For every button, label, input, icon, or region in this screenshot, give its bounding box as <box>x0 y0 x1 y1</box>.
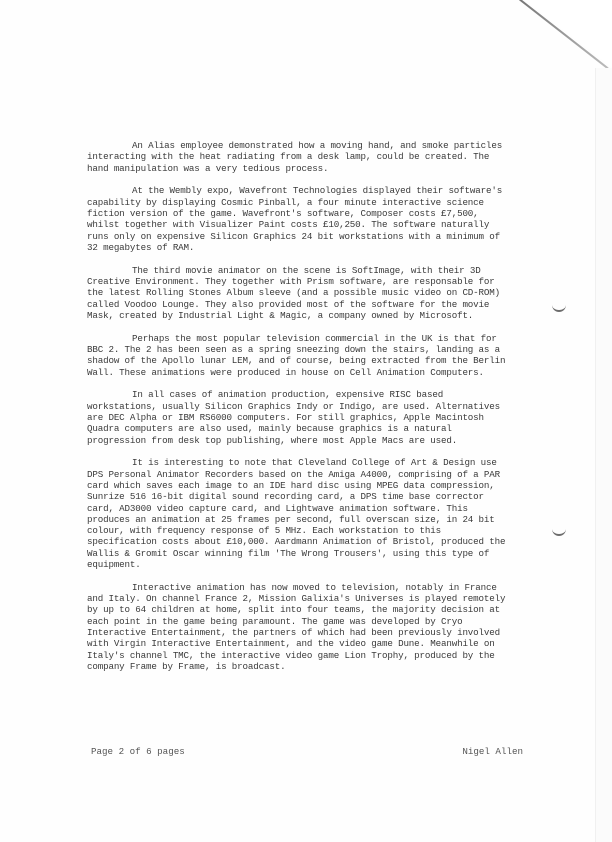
page-footer: Page 2 of 6 pages Nigel Allen <box>91 746 523 757</box>
paragraph-risc-workstations: In all cases of animation production, ex… <box>87 389 507 445</box>
paragraph-alias: An Alias employee demonstrated how a mov… <box>87 140 507 174</box>
document-page: An Alias employee demonstrated how a mov… <box>0 0 612 842</box>
paragraph-interactive-tv: Interactive animation has now moved to t… <box>87 582 507 672</box>
folded-corner <box>524 0 612 68</box>
punch-hole-icon <box>552 524 566 536</box>
paragraph-wavefront: At the Wembly expo, Wavefront Technologi… <box>87 185 507 253</box>
paragraph-bbc2: Perhaps the most popular television comm… <box>87 333 507 378</box>
paragraph-softimage: The third movie animator on the scene is… <box>87 265 507 321</box>
document-body: An Alias employee demonstrated how a mov… <box>87 140 507 684</box>
page-number: Page 2 of 6 pages <box>91 746 185 757</box>
author-name: Nigel Allen <box>462 746 523 757</box>
paragraph-cleveland-college: It is interesting to note that Cleveland… <box>87 457 507 570</box>
page-right-edge <box>595 68 612 842</box>
punch-hole-icon <box>552 300 566 312</box>
